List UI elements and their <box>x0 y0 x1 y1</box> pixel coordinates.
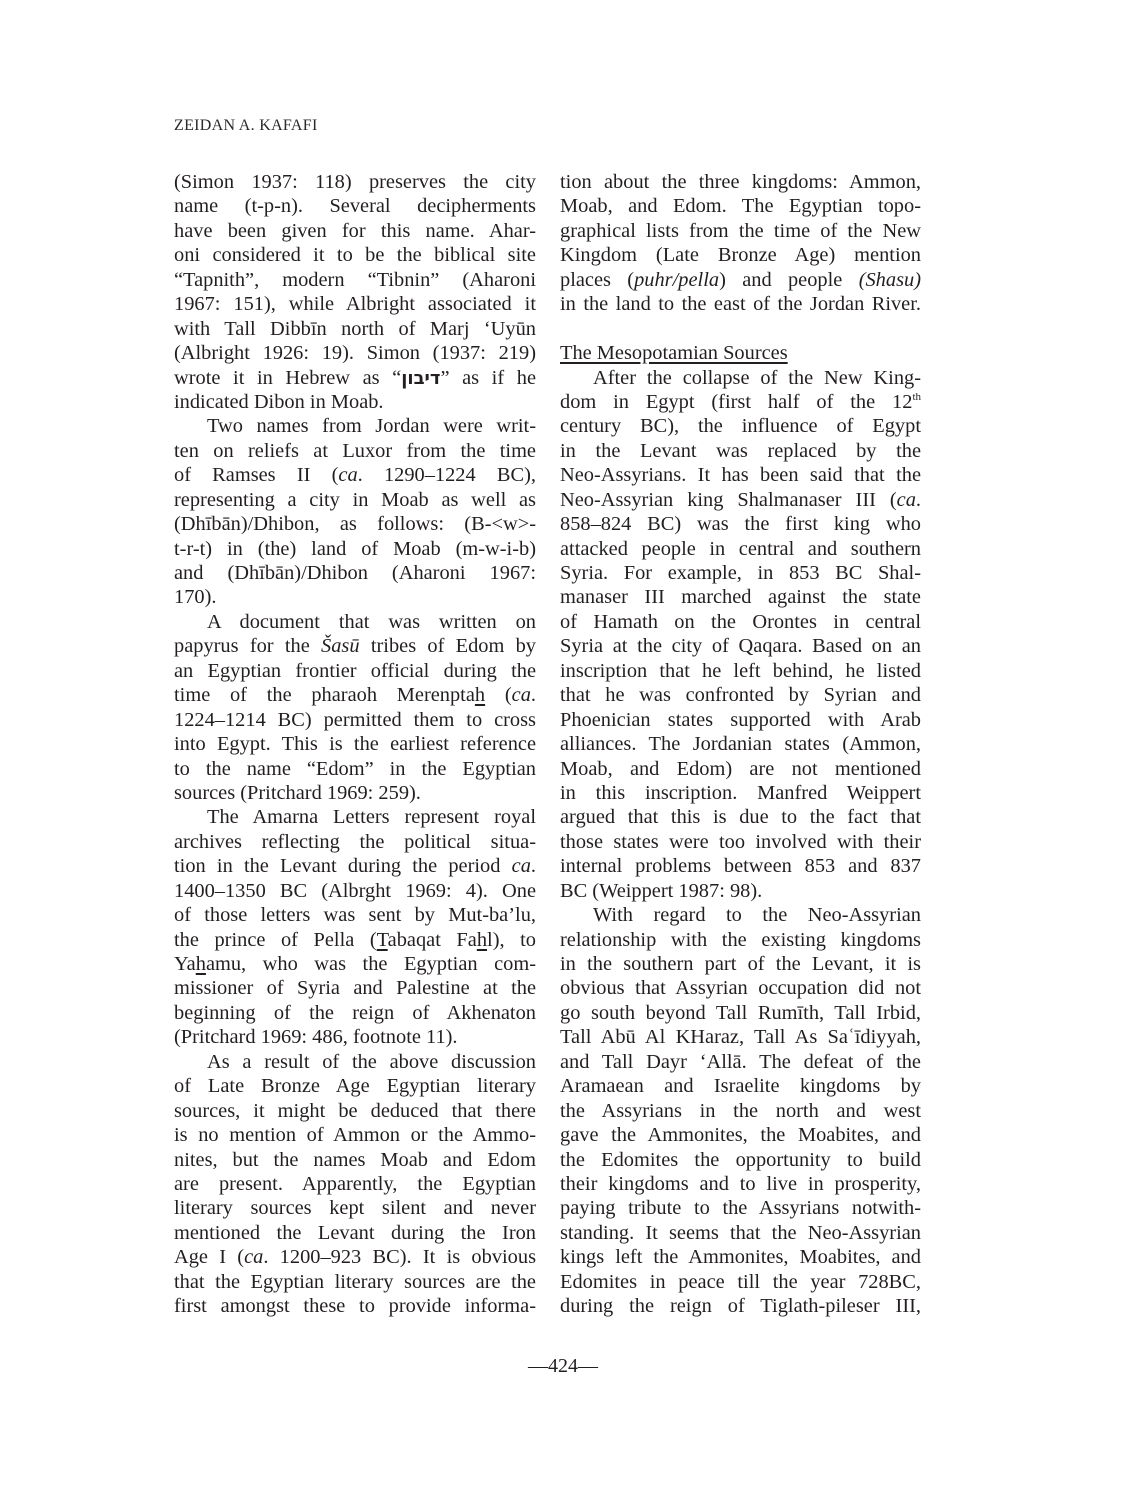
text-line: first amongst these to provide informa- <box>174 1294 536 1318</box>
text-line: in this inscription. Manfred Weippert <box>560 781 921 805</box>
superscript-th: th <box>912 391 921 403</box>
text-line: and Tall Dayr ‘Allā. The defeat of the <box>560 1050 921 1074</box>
text-line: archives reflecting the political situa- <box>174 830 536 854</box>
text-line: inscription that he left behind, he list… <box>560 659 921 683</box>
text-fragment: . 1200–923 BC). It is obvious <box>263 1246 536 1268</box>
text-line: are present. Apparently, the Egyptian <box>174 1172 536 1196</box>
text-line: (Dhībān)/Dhibon, as follows: (B-<w>- <box>174 512 536 536</box>
text-line: BC (Weippert 1987: 98). <box>560 879 921 903</box>
running-head-author: ZEIDAN A. KAFAFI <box>174 117 318 135</box>
text-fragment: l), to <box>487 929 536 951</box>
text-fragment: places ( <box>560 269 634 291</box>
text-line: name (t-p-n). Several decipherments <box>174 194 536 218</box>
text-fragment: ) and people <box>719 269 859 291</box>
text-line: dom in Egypt (first half of the 12th <box>560 390 921 414</box>
text-line: have been given for this name. Ahar- <box>174 219 536 243</box>
italic-ca: ca <box>897 489 916 511</box>
text-line: Syria at the city of Qaqara. Based on an <box>560 634 921 658</box>
text-line: in the southern part of the Levant, it i… <box>560 952 921 976</box>
text-line: representing a city in Moab as well as <box>174 488 536 512</box>
text-line: that he was confronted by Syrian and <box>560 683 921 707</box>
italic-sasu: Šasū <box>321 635 360 657</box>
underlined-letter: h <box>196 953 206 975</box>
text-line: in the Levant was replaced by the <box>560 439 921 463</box>
text-line: time of the pharaoh Merenptah (ca. <box>174 683 536 707</box>
text-line: nites, but the names Moab and Edom <box>174 1148 536 1172</box>
paragraph-start: A document that was written on <box>174 610 536 634</box>
text-line: t-r-t) in (the) land of Moab (m-w-i-b) <box>174 537 536 561</box>
italic-ca: ca <box>244 1246 263 1268</box>
text-line: Kingdom (Late Bronze Age) mention <box>560 243 921 267</box>
text-line: Age I (ca. 1200–923 BC). It is obvious <box>174 1245 536 1269</box>
text-fragment: tion in the Levant during the period <box>174 855 512 877</box>
text-line: an Egyptian frontier official during the <box>174 659 536 683</box>
text-line-hebrew: wrote it in Hebrew as “דיבון” as if he <box>174 366 536 390</box>
text-line: 170). <box>174 585 536 609</box>
text-line: is no mention of Ammon or the Ammo- <box>174 1123 536 1147</box>
text-line: mentioned the Levant during the Iron <box>174 1221 536 1245</box>
text-line: argued that this is due to the fact that <box>560 805 921 829</box>
text-line: (Albright 1926: 19). Simon (1937: 219) <box>174 341 536 365</box>
text-fragment: . <box>916 489 921 511</box>
text-line: those states were too involved with thei… <box>560 830 921 854</box>
underlined-letter: T <box>377 929 388 951</box>
text-line: with Tall Dibbīn north of Marj ‘Uyūn <box>174 317 536 341</box>
italic-puhr-pella: puhr/pella <box>634 269 719 291</box>
text-line: of Ramses II (ca. 1290–1224 BC), <box>174 463 536 487</box>
text-line: 1400–1350 BC (Albrght 1969: 4). One <box>174 879 536 903</box>
text-line: manaser III marched against the state <box>560 585 921 609</box>
text-line: tion about the three kingdoms: Ammon, <box>560 170 921 194</box>
text-line: and (Dhībān)/Dhibon (Aharoni 1967: <box>174 561 536 585</box>
text-fragment: ( <box>485 684 512 706</box>
text-line: Edomites in peace till the year 728BC, <box>560 1270 921 1294</box>
text-line: ten on reliefs at Luxor from the time <box>174 439 536 463</box>
hebrew-word: דיבון <box>401 368 440 389</box>
section-heading: The Mesopotamian Sources <box>560 341 921 365</box>
text-line: beginning of the reign of Akhenaton <box>174 1001 536 1025</box>
italic-ca: ca <box>512 855 531 877</box>
text-line: of Hamath on the Orontes in central <box>560 610 921 634</box>
underlined-letter: h <box>477 929 487 951</box>
text-fragment: wrote it in Hebrew as “ <box>174 367 401 389</box>
text-line: standing. It seems that the Neo-Assyrian <box>560 1221 921 1245</box>
text-fragment: tribes of Edom by <box>360 635 536 657</box>
text-line: Tall Abū Al KHaraz, Tall As Saʿīdiyyah, <box>560 1025 921 1049</box>
text-line: kings left the Ammonites, Moabites, and <box>560 1245 921 1269</box>
text-line: Moab, and Edom) are not mentioned <box>560 757 921 781</box>
text-line: Neo-Assyrians. It has been said that the <box>560 463 921 487</box>
text-line: to the name “Edom” in the Egyptian <box>174 757 536 781</box>
text-line: Yahamu, who was the Egyptian com- <box>174 952 536 976</box>
text-line: Aramaean and Israelite kingdoms by <box>560 1074 921 1098</box>
text-fragment: abaqat Fa <box>388 929 477 951</box>
text-line: gave the Ammonites, the Moabites, and <box>560 1123 921 1147</box>
text-line: the prince of Pella (Tabaqat Fahl), to <box>174 928 536 952</box>
text-line: paying tribute to the Assyrians notwith- <box>560 1196 921 1220</box>
text-line: Moab, and Edom. The Egyptian topo- <box>560 194 921 218</box>
right-column: tion about the three kingdoms: Ammon, Mo… <box>560 170 921 1319</box>
text-fragment: of Ramses II ( <box>174 464 338 486</box>
text-line: during the reign of Tiglath-pileser III, <box>560 1294 921 1318</box>
text-line: (Simon 1937: 118) preserves the city <box>174 170 536 194</box>
text-fragment: Age I ( <box>174 1246 244 1268</box>
text-line: Syria. For example, in 853 BC Shal- <box>560 561 921 585</box>
section-heading-text: The Mesopotamian Sources <box>560 342 788 364</box>
paragraph-start: With regard to the Neo-Assyrian <box>560 903 921 927</box>
text-line: attacked people in central and southern <box>560 537 921 561</box>
text-line: indicated Dibon in Moab. <box>174 390 536 414</box>
text-line: century BC), the influence of Egypt <box>560 414 921 438</box>
italic-shasu: (Shasu) <box>859 269 921 291</box>
text-line: places (puhr/pella) and people (Shasu) <box>560 268 921 292</box>
text-fragment: . <box>531 684 536 706</box>
text-line: obvious that Assyrian occupation did not <box>560 976 921 1000</box>
italic-ca: ca <box>338 464 357 486</box>
text-line: “Tapnith”, modern “Tibnin” (Aharoni <box>174 268 536 292</box>
text-line: papyrus for the Šasū tribes of Edom by <box>174 634 536 658</box>
paragraph-start: Two names from Jordan were writ- <box>174 414 536 438</box>
text-line: internal problems between 853 and 837 <box>560 854 921 878</box>
text-line: tion in the Levant during the period ca. <box>174 854 536 878</box>
text-fragment: the prince of Pella ( <box>174 929 377 951</box>
text-fragment: papyrus for the <box>174 635 321 657</box>
text-line: sources, it might be deduced that there <box>174 1099 536 1123</box>
text-line: (Pritchard 1969: 486, footnote 11). <box>174 1025 536 1049</box>
text-fragment: . <box>531 855 536 877</box>
text-line: oni considered it to be the biblical sit… <box>174 243 536 267</box>
text-line: literary sources kept silent and never <box>174 1196 536 1220</box>
text-line: into Egypt. This is the earliest referen… <box>174 732 536 756</box>
page-number: —424— <box>0 1355 1126 1378</box>
text-line: Phoenician states supported with Arab <box>560 708 921 732</box>
text-line: Neo-Assyrian king Shalmanaser III (ca. <box>560 488 921 512</box>
text-line: that the Egyptian literary sources are t… <box>174 1270 536 1294</box>
text-fragment: amu, who was the Egyptian com- <box>206 953 536 975</box>
paragraph-start: The Amarna Letters represent royal <box>174 805 536 829</box>
text-line: alliances. The Jordanian states (Ammon, <box>560 732 921 756</box>
text-line: of those letters was sent by Mut-ba’lu, <box>174 903 536 927</box>
left-column: (Simon 1937: 118) preserves the city nam… <box>174 170 536 1319</box>
paragraph-start: After the collapse of the New King- <box>560 366 921 390</box>
italic-ca: ca <box>512 684 531 706</box>
text-line: 1224–1214 BC) permitted them to cross <box>174 708 536 732</box>
text-line: of Late Bronze Age Egyptian literary <box>174 1074 536 1098</box>
paragraph-start: As a result of the above discussion <box>174 1050 536 1074</box>
text-fragment: Ya <box>174 953 196 975</box>
text-line: go south beyond Tall Rumīth, Tall Irbid, <box>560 1001 921 1025</box>
text-fragment: Neo-Assyrian king Shalmanaser III ( <box>560 489 897 511</box>
text-line: their kingdoms and to live in prosperity… <box>560 1172 921 1196</box>
text-line: graphical lists from the time of the New <box>560 219 921 243</box>
text-line: the Edomites the opportunity to build <box>560 1148 921 1172</box>
text-line: 1967: 151), while Albright associated it <box>174 292 536 316</box>
text-fragment: time of the pharaoh Merenpta <box>174 684 475 706</box>
text-fragment: ” as if he <box>440 367 536 389</box>
underlined-letter: h <box>475 684 485 706</box>
text-fragment: dom in Egypt (first half of the 12 <box>560 391 912 413</box>
text-line: missioner of Syria and Palestine at the <box>174 976 536 1000</box>
text-fragment: . 1290–1224 BC), <box>358 464 536 486</box>
text-line: the Assyrians in the north and west <box>560 1099 921 1123</box>
text-line: sources (Pritchard 1969: 259). <box>174 781 536 805</box>
text-line: relationship with the existing kingdoms <box>560 928 921 952</box>
text-line: in the land to the east of the Jordan Ri… <box>560 292 921 316</box>
section-gap <box>560 317 921 341</box>
text-line: 858–824 BC) was the first king who <box>560 512 921 536</box>
